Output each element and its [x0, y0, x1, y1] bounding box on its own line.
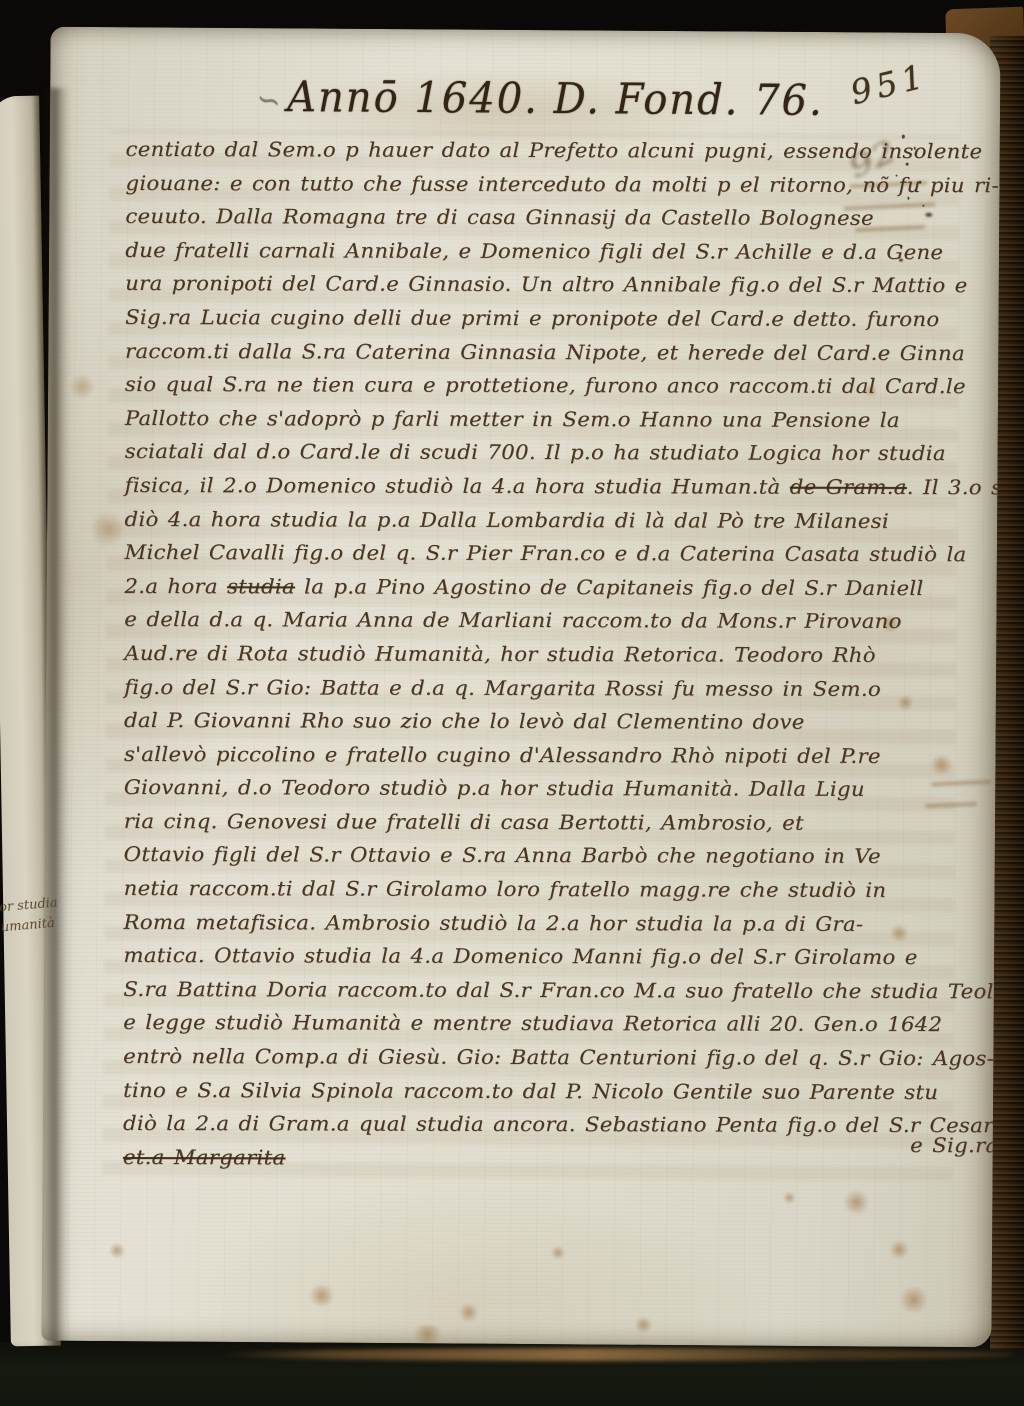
text-segment: fig.o del S.r Gio: Batta e d.a q. Margar… — [124, 674, 881, 700]
text-line: diò la 2.a di Gram.a qual studia ancora.… — [123, 1107, 950, 1143]
text-line: ria cinq. Genovesi due fratelli di casa … — [124, 805, 951, 841]
text-segment: entrò nella Comp.a di Giesù. Gio: Batta … — [123, 1044, 994, 1070]
text-segment: la p.a Pino Agostino de Capitaneis fig.o… — [295, 574, 924, 600]
text-line: ura pronipoti del Card.e Ginnasio. Un al… — [125, 267, 952, 303]
text-segment: centiato dal Sem.o p hauer dato al Prefe… — [126, 137, 983, 163]
stain — [633, 1317, 653, 1333]
line-right-note: e Sig.ra — [910, 1129, 998, 1163]
stain — [842, 1190, 870, 1214]
text-line: centiato dal Sem.o p hauer dato al Prefe… — [126, 133, 953, 169]
text-segment: S.ra Battina Doria raccom.to dal S.r Fra… — [123, 977, 1000, 1003]
stain — [70, 373, 94, 401]
text-line: netia raccom.ti dal S.r Girolamo loro fr… — [124, 872, 951, 908]
text-line: S.ra Battina Doria raccom.to dal S.r Fra… — [123, 973, 950, 1009]
text-line: et.a Margaritae Sig.ra — [123, 1141, 950, 1177]
stain — [458, 1304, 480, 1322]
text-segment: ria cinq. Genovesi due fratelli di casa … — [124, 809, 804, 835]
text-segment: ceuuto. Dalla Romagna tre di casa Ginnas… — [125, 204, 874, 230]
text-line: Ottavio figli del S.r Ottavio e S.ra Ann… — [124, 838, 951, 874]
text-segment: matica. Ottavio studia la 4.a Domenico M… — [123, 943, 917, 969]
text-segment: s'allevò piccolino e fratello cugino d'A… — [124, 742, 881, 768]
stain — [888, 1241, 910, 1259]
strikethrough-text: de Gram.a — [790, 475, 907, 499]
text-line: giouane: e con tutto che fusse intercedu… — [125, 167, 952, 203]
text-segment: Sig.ra Lucia cugino delli due primi e pr… — [125, 305, 939, 331]
text-line: Roma metafisica. Ambrosio studiò la 2.a … — [123, 906, 950, 942]
text-segment: Aud.re di Rota studiò Humanità, hor stud… — [124, 641, 876, 667]
header-flourish-ornament: ∽ — [252, 79, 287, 122]
text-segment: Ottavio figli del S.r Ottavio e S.ra Ann… — [124, 842, 881, 868]
text-segment: fisica, il 2.o Domenico studiò la 4.a ho… — [125, 473, 790, 499]
text-segment: giouane: e con tutto che fusse intercedu… — [125, 171, 999, 197]
margin-note: or studiaumanità — [0, 894, 60, 939]
text-line: 2.a hora studia la p.a Pino Agostino de … — [124, 570, 951, 606]
manuscript-page: ∽Annō 1640. D. Fond. 76. 951 92 — [41, 27, 1000, 1348]
stain — [898, 1287, 930, 1313]
text-segment: netia raccom.ti dal S.r Girolamo loro fr… — [124, 876, 887, 902]
page-header: ∽Annō 1640. D. Fond. 76. — [256, 73, 824, 126]
folio-number: 951 — [847, 56, 932, 112]
text-line: Sig.ra Lucia cugino delli due primi e pr… — [125, 301, 952, 337]
text-line: Giovanni, d.o Teodoro studiò p.a hor stu… — [124, 771, 951, 807]
text-line: dal P. Giovanni Rho suo zio che lo levò … — [124, 704, 951, 740]
stain — [782, 1192, 796, 1204]
strikethrough-text: et.a Margarita — [123, 1145, 286, 1169]
text-line: fig.o del S.r Gio: Batta e d.a q. Margar… — [124, 670, 951, 706]
text-segment: sciatali dal d.o Card.le di scudi 700. I… — [125, 439, 946, 465]
text-segment: 2.a hora — [124, 574, 227, 598]
text-line: tino e S.a Silvia Spinola raccom.to dal … — [123, 1074, 950, 1110]
text-line: matica. Ottavio studia la 4.a Domenico M… — [123, 939, 950, 975]
stain — [108, 1243, 126, 1258]
text-line: e della d.a q. Maria Anna de Marliani ra… — [124, 603, 951, 639]
text-segment: Giovanni, d.o Teodoro studiò p.a hor stu… — [124, 775, 865, 801]
stain — [550, 1246, 566, 1259]
page-title: Annō 1640. D. Fond. 76. — [287, 73, 824, 126]
stain — [308, 1285, 336, 1307]
text-segment: e legge studiò Humanità e mentre studiav… — [123, 1010, 942, 1036]
text-line: s'allevò piccolino e fratello cugino d'A… — [124, 738, 951, 774]
text-line: diò 4.a hora studia la p.a Dalla Lombard… — [125, 502, 952, 538]
text-line: Pallotto che s'adoprò p farli metter in … — [125, 402, 952, 438]
stain — [409, 1325, 445, 1343]
body-text: centiato dal Sem.o p hauer dato al Prefe… — [123, 133, 906, 1176]
stain — [91, 509, 123, 549]
text-line: Michel Cavalli fig.o del q. S.r Pier Fra… — [124, 536, 951, 572]
text-line: Aud.re di Rota studiò Humanità, hor stud… — [124, 637, 951, 673]
text-segment: due fratelli carnali Annibale, e Domenic… — [125, 238, 943, 264]
text-segment: diò 4.a hora studia la p.a Dalla Lombard… — [125, 506, 889, 532]
text-segment: tino e S.a Silvia Spinola raccom.to dal … — [123, 1078, 938, 1104]
text-line: entrò nella Comp.a di Giesù. Gio: Batta … — [123, 1040, 950, 1076]
text-segment: sio qual S.ra ne tien cura e prottetione… — [125, 372, 966, 398]
book-cover-leather-edge — [215, 1348, 1015, 1361]
text-segment: . Il 3.o stu — [907, 475, 1001, 499]
text-segment: diò la 2.a di Gram.a qual studia ancora.… — [123, 1111, 1001, 1137]
text-segment: ura pronipoti del Card.e Ginnasio. Un al… — [125, 271, 967, 297]
text-line: fisica, il 2.o Domenico studiò la 4.a ho… — [125, 469, 952, 505]
text-line: raccom.ti dalla S.ra Caterina Ginnasia N… — [125, 334, 952, 370]
text-segment: Michel Cavalli fig.o del q. S.r Pier Fra… — [124, 540, 966, 566]
text-line: sciatali dal d.o Card.le di scudi 700. I… — [125, 435, 952, 471]
text-segment: raccom.ti dalla S.ra Caterina Ginnasia N… — [125, 338, 965, 364]
text-line: ceuuto. Dalla Romagna tre di casa Ginnas… — [125, 200, 952, 236]
text-segment: e della d.a q. Maria Anna de Marliani ra… — [124, 607, 901, 633]
text-segment: Roma metafisica. Ambrosio studiò la 2.a … — [123, 910, 863, 936]
gutter-shadow — [42, 88, 70, 1350]
text-line: e legge studiò Humanità e mentre studiav… — [123, 1006, 950, 1042]
text-line: due fratelli carnali Annibale, e Domenic… — [125, 234, 952, 270]
text-segment: Pallotto che s'adoprò p farli metter in … — [125, 406, 900, 432]
text-line: sio qual S.ra ne tien cura e prottetione… — [125, 368, 952, 404]
strikethrough-text: studia — [227, 574, 295, 598]
manuscript-scan: ∽Annō 1640. D. Fond. 76. 951 92 — [0, 0, 1024, 1406]
text-segment: dal P. Giovanni Rho suo zio che lo levò … — [124, 708, 805, 734]
